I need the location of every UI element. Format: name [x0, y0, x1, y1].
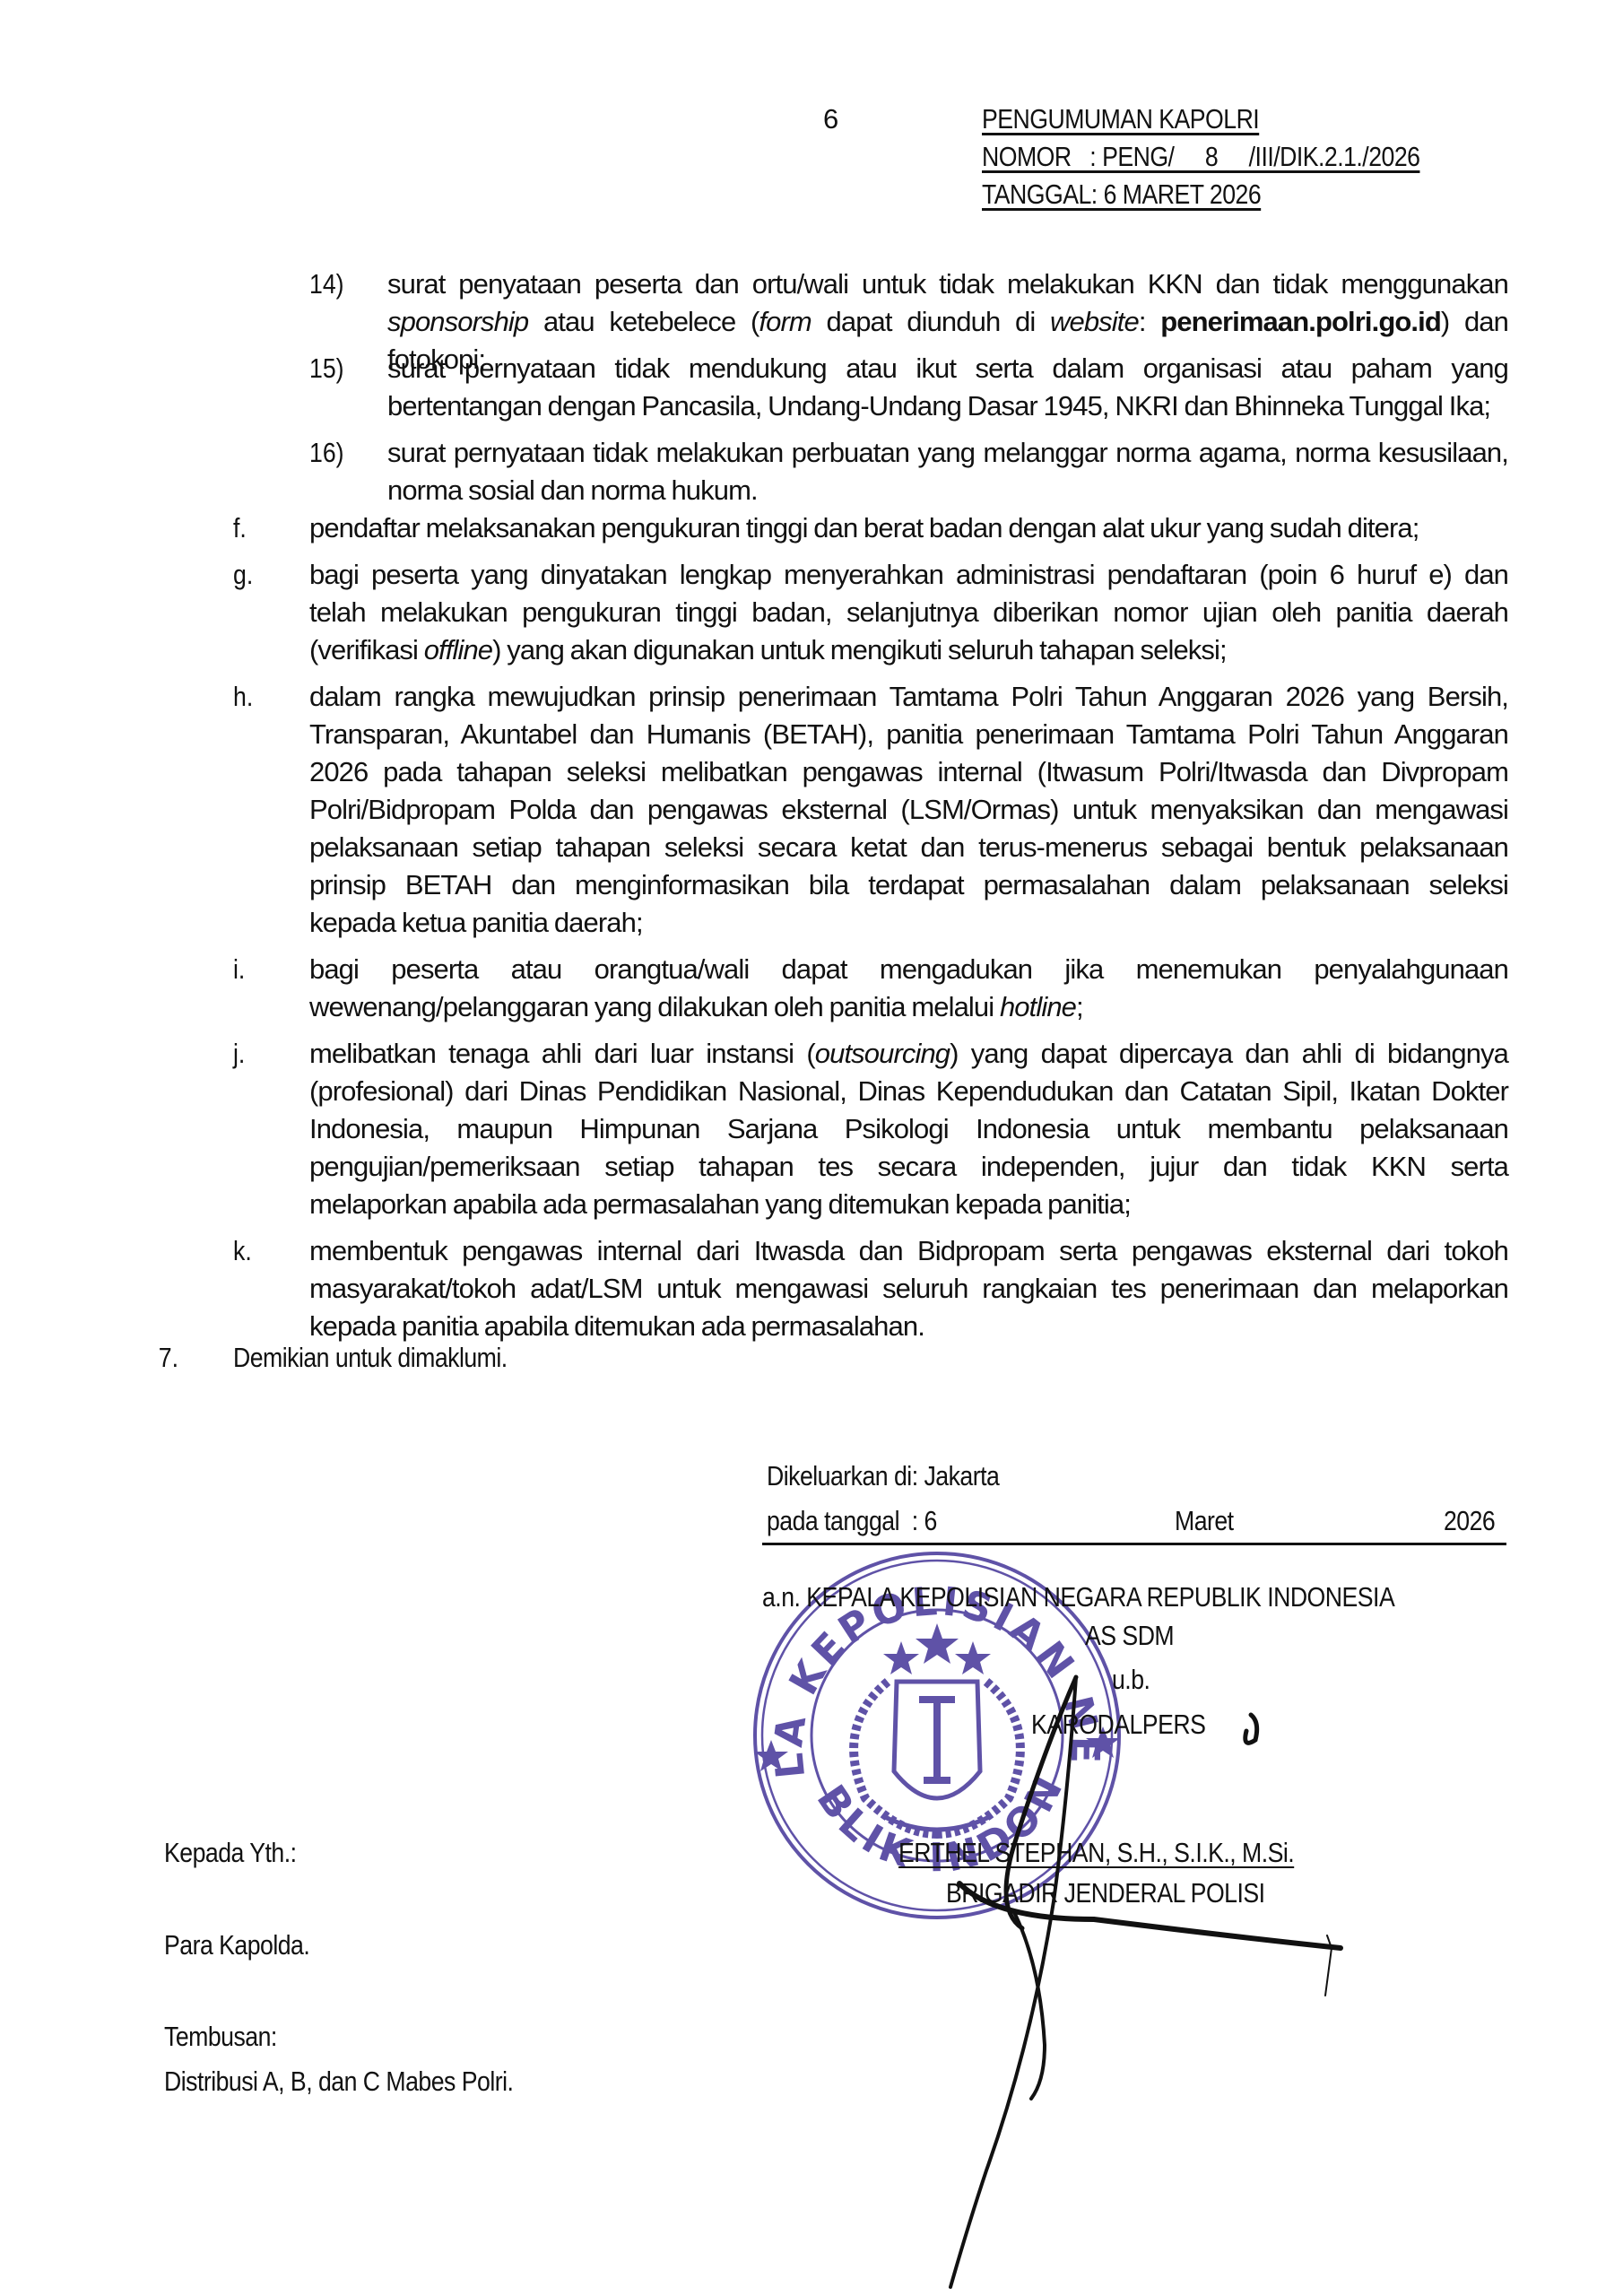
recipient-label: Kepada Yth.:: [164, 1834, 296, 1872]
list-item: bagi peserta atau orangtua/wali dapat me…: [309, 951, 1508, 1026]
list-item-line: (profesional) dari Dinas Pendidikan Nasi…: [309, 1073, 1508, 1110]
signatory-ub: u.b.: [1112, 1661, 1150, 1699]
list-item-number: f.: [233, 509, 247, 547]
cc-label: Tembusan:: [164, 2018, 277, 2056]
list-item-line: prinsip BETAH dan menginformasikan bila …: [309, 866, 1508, 904]
list-item-line: pelaksanaan setiap tahapan seleksi secar…: [309, 829, 1508, 866]
issued-place: Dikeluarkan di: Jakarta: [767, 1457, 999, 1495]
signatory-on-behalf: a.n. KEPALA KEPOLISIAN NEGARA REPUBLIK I…: [762, 1578, 1394, 1616]
list-item-number: 16): [309, 434, 344, 472]
signatory-rank: BRIGADIR JENDERAL POLISI: [946, 1874, 1265, 1912]
list-item-line: dalam rangka mewujudkan prinsip penerima…: [309, 678, 1508, 716]
list-item-line: norma sosial dan norma hukum.: [387, 472, 1508, 509]
issued-divider: [762, 1543, 1506, 1545]
list-item-number: j.: [233, 1035, 245, 1073]
list-item-line: bagi peserta atau orangtua/wali dapat me…: [309, 951, 1508, 988]
list-item-number: 14): [309, 265, 344, 303]
cc-value: Distribusi A, B, dan C Mabes Polri.: [164, 2063, 513, 2100]
doc-number: NOMOR : PENG/ 8 /III/DIK.2.1./2026: [982, 138, 1419, 176]
list-item-line: membentuk pengawas internal dari Itwasda…: [309, 1232, 1508, 1270]
list-item-number: 15): [309, 350, 344, 387]
list-item: membentuk pengawas internal dari Itwasda…: [309, 1232, 1508, 1345]
list-item-line: telah melakukan pengukuran tinggi badan,…: [309, 594, 1508, 631]
list-item-line: pendaftar melaksanakan pengukuran tinggi…: [309, 509, 1508, 547]
list-item-number: h.: [233, 678, 253, 716]
issued-date-month: Maret: [1175, 1502, 1234, 1540]
issued-date-label: pada tanggal : 6: [767, 1502, 937, 1540]
list-item-line: kepada ketua panitia daerah;: [309, 904, 1508, 942]
list-item: bagi peserta yang dinyatakan lengkap men…: [309, 556, 1508, 669]
list-item-line: wewenang/pelanggaran yang dilakukan oleh…: [309, 988, 1508, 1026]
signatory-name: ERTHEL STEPHAN, S.H., S.I.K., M.Si.: [898, 1834, 1294, 1872]
closing-number: 7.: [159, 1339, 178, 1377]
doc-date: TANGGAL: 6 MARET 2026: [982, 176, 1261, 213]
list-item-number: i.: [233, 951, 245, 988]
list-item: dalam rangka mewujudkan prinsip penerima…: [309, 678, 1508, 942]
doc-title: PENGUMUMAN KAPOLRI: [982, 100, 1259, 138]
list-item-line: Indonesia, maupun Himpunan Sarjana Psiko…: [309, 1110, 1508, 1148]
closing-text: Demikian untuk dimaklumi.: [233, 1339, 508, 1377]
list-item: pendaftar melaksanakan pengukuran tinggi…: [309, 509, 1508, 547]
list-item-line: Polri/Bidpropam Polda dan pengawas ekste…: [309, 791, 1508, 829]
list-item-line: surat pernyataan tidak melakukan perbuat…: [387, 434, 1508, 472]
list-item-line: melaporkan apabila ada permasalahan yang…: [309, 1186, 1508, 1223]
list-item-line: 2026 pada tahapan seleksi melibatkan pen…: [309, 753, 1508, 791]
signatory-position: KARODALPERS: [1031, 1706, 1205, 1744]
list-item-line: bagi peserta yang dinyatakan lengkap men…: [309, 556, 1508, 594]
list-item-line: (verifikasi offline) yang akan digunakan…: [309, 631, 1508, 669]
signatory-office: AS SDM: [1085, 1617, 1174, 1655]
list-item-line: pengujian/pemeriksaan setiap tahapan tes…: [309, 1148, 1508, 1186]
list-item-line: surat pernyataan tidak mendukung atau ik…: [387, 350, 1508, 387]
issued-date-year: 2026: [1444, 1502, 1495, 1540]
list-item-line: masyarakat/tokoh adat/LSM untuk mengawas…: [309, 1270, 1508, 1308]
list-item-line: bertentangan dengan Pancasila, Undang-Un…: [387, 387, 1508, 425]
list-item-line: melibatkan tenaga ahli dari luar instans…: [309, 1035, 1508, 1073]
list-item-number: k.: [233, 1232, 252, 1270]
list-item-line: Transparan, Akuntabel dan Humanis (BETAH…: [309, 716, 1508, 753]
recipient-value: Para Kapolda.: [164, 1926, 309, 1964]
list-item: melibatkan tenaga ahli dari luar instans…: [309, 1035, 1508, 1223]
list-item: surat pernyataan tidak mendukung atau ik…: [387, 350, 1508, 425]
list-item: surat pernyataan tidak melakukan perbuat…: [387, 434, 1508, 509]
list-item-number: g.: [233, 556, 253, 594]
page-number: 6: [823, 100, 838, 138]
list-item-line: surat penyataan peserta dan ortu/wali un…: [387, 265, 1508, 303]
